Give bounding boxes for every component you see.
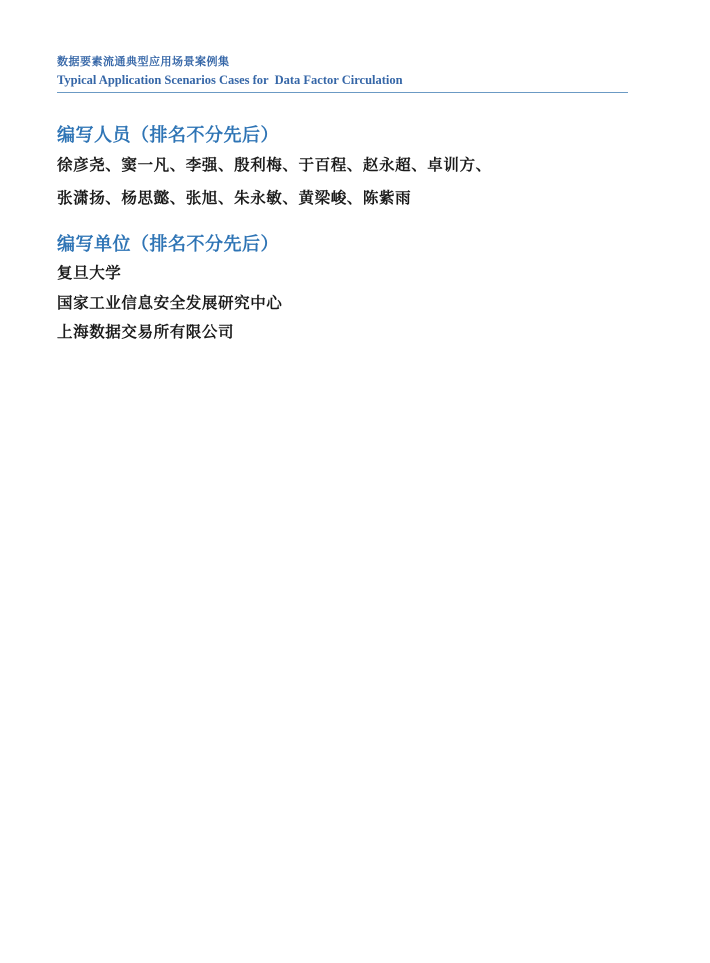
authors-line-1: 徐彦尧、窦一凡、李强、殷利梅、于百程、赵永超、卓训方、 (57, 153, 492, 175)
authors-line-2: 张潇扬、杨思懿、张旭、朱永敏、黄梁峻、陈紫雨 (57, 186, 411, 208)
section-heading-authors: 编写人员（排名不分先后） (57, 121, 279, 147)
section-heading-organizations: 编写单位（排名不分先后） (57, 230, 279, 256)
organization-line-3: 上海数据交易所有限公司 (57, 320, 234, 342)
organization-line-2: 国家工业信息安全发展研究中心 (57, 291, 282, 313)
document-page: 数据要素流通典型应用场景案例集 Typical Application Scen… (0, 0, 710, 963)
running-header-title-en: Typical Application Scenarios Cases for … (57, 73, 403, 88)
header-divider-rule (57, 92, 628, 93)
running-header-title-zh: 数据要素流通典型应用场景案例集 (57, 53, 230, 69)
organization-line-1: 复旦大学 (57, 261, 121, 283)
